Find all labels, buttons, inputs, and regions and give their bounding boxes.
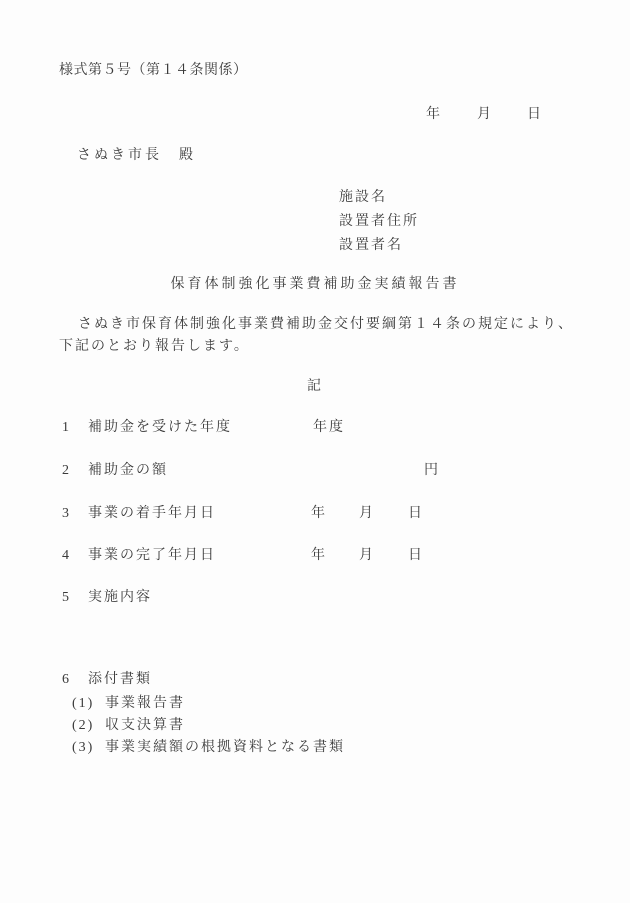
item-5-label: 実施内容 <box>88 590 152 607</box>
item-3-month-label: 月 <box>359 506 375 523</box>
attachment-3-label: 事業実績額の根拠資料となる書類 <box>105 740 345 757</box>
attachment-1-label: 事業報告書 <box>105 696 185 713</box>
addressee-label: さぬき市長 殿 <box>77 148 196 165</box>
item-3-year-label: 年 <box>311 506 327 523</box>
body-line-2: 下記のとおり報告します。 <box>59 339 250 356</box>
date-day-label: 日 <box>527 107 543 124</box>
item-4-year-label: 年 <box>311 548 327 565</box>
facility-name-label: 施設名 <box>339 190 387 207</box>
record-heading: 記 <box>0 379 630 396</box>
date-month-label: 月 <box>477 107 493 124</box>
item-5-number: 5 <box>62 590 69 607</box>
date-year-label: 年 <box>426 107 442 124</box>
item-4-day-label: 日 <box>408 548 424 565</box>
attachment-2-number: (2) <box>72 718 94 735</box>
item-2-unit-label: 円 <box>424 463 440 480</box>
item-6-label: 添付書類 <box>88 672 152 689</box>
founder-address-label: 設置者住所 <box>339 214 419 231</box>
item-4-label: 事業の完了年月日 <box>88 548 216 565</box>
item-3-number: 3 <box>62 506 69 523</box>
item-1-unit-label: 年度 <box>313 420 345 437</box>
item-2-number: 2 <box>62 463 69 480</box>
body-line-1: さぬき市保育体制強化事業費補助金交付要綱第１４条の規定により、 <box>78 317 574 334</box>
item-3-day-label: 日 <box>408 506 424 523</box>
item-3-label: 事業の着手年月日 <box>88 506 216 523</box>
item-6-number: 6 <box>62 672 69 689</box>
item-1-label: 補助金を受けた年度 <box>88 420 232 437</box>
form-number-label: 様式第５号（第１４条関係） <box>59 63 248 80</box>
item-4-month-label: 月 <box>359 548 375 565</box>
document-page: 様式第５号（第１４条関係） 年 月 日 さぬき市長 殿 施設名 設置者住所 設置… <box>0 0 630 903</box>
document-title: 保育体制強化事業費補助金実績報告書 <box>0 277 630 294</box>
attachment-2-label: 収支決算書 <box>105 718 185 735</box>
attachment-3-number: (3) <box>72 740 94 757</box>
item-4-number: 4 <box>62 548 69 565</box>
item-1-number: 1 <box>62 420 69 437</box>
attachment-1-number: (1) <box>72 696 94 713</box>
founder-name-label: 設置者名 <box>339 238 403 255</box>
item-2-label: 補助金の額 <box>88 463 168 480</box>
